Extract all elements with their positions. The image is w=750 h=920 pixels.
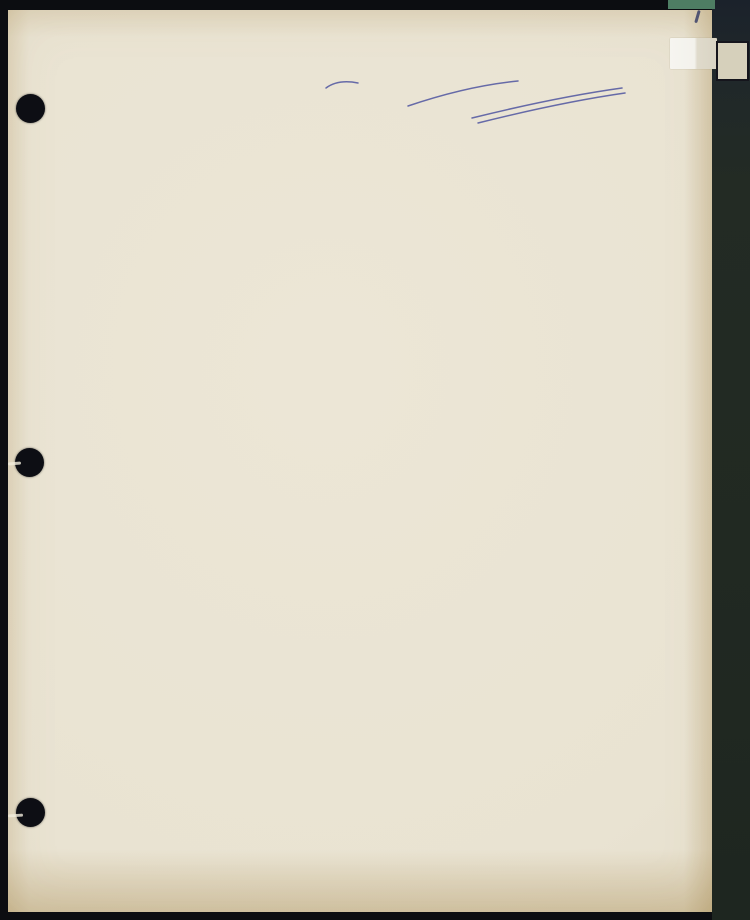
pen-flourish <box>478 93 625 123</box>
binder-edge-accent <box>668 0 715 9</box>
punch-hole <box>16 798 45 827</box>
pen-flourish <box>408 81 518 106</box>
pen-flourish <box>472 88 622 118</box>
document-scan <box>0 0 750 920</box>
handwritten-annotation <box>322 44 632 129</box>
pen-mark <box>694 10 700 23</box>
punch-hole <box>16 94 45 123</box>
document-page <box>8 10 712 912</box>
tape-tab <box>670 38 717 69</box>
page-tab <box>716 41 749 81</box>
binder-spine <box>712 0 750 920</box>
pen-flourish <box>326 82 358 88</box>
